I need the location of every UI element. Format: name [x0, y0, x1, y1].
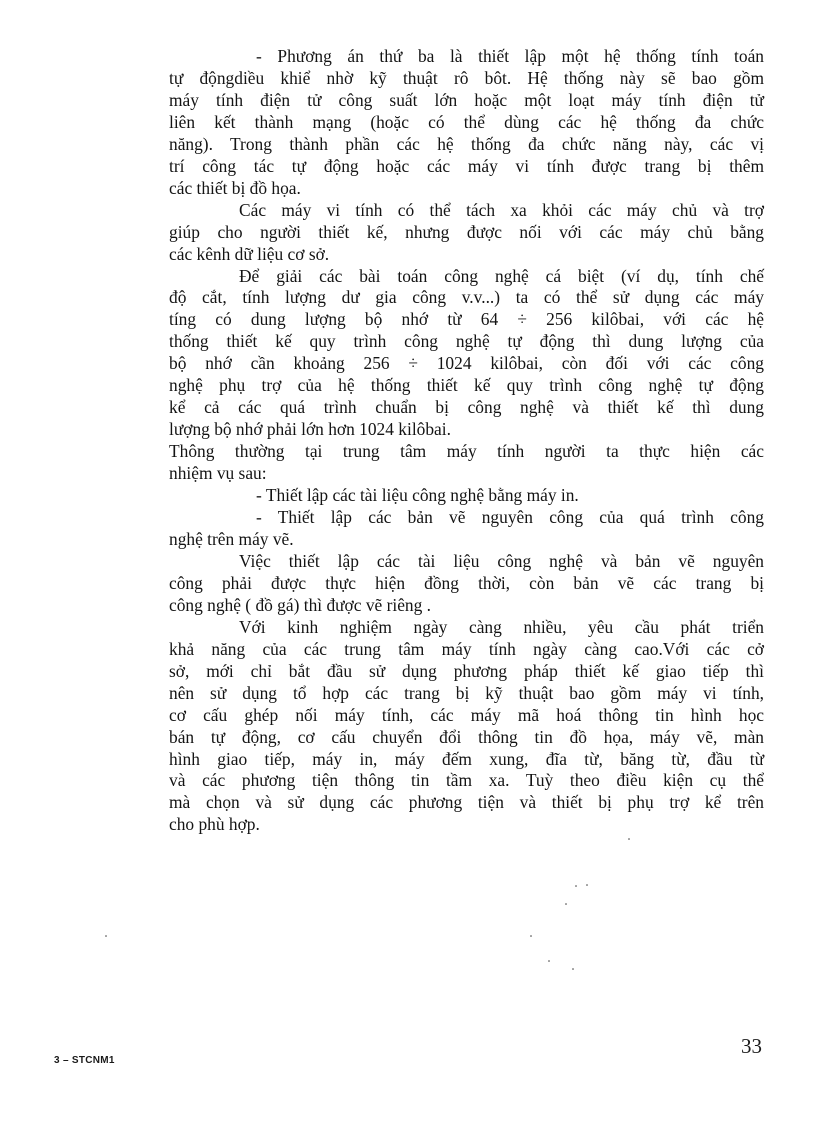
document-page: - Phương án thứ ba là thiết lập một hệ t…: [0, 0, 816, 1123]
text-line: Các máy vi tính có thể tách xa khỏi các …: [169, 200, 764, 222]
text-line: trí công tác tự động hoặc các máy vi tín…: [169, 156, 764, 178]
text-line: kể cả các quá trình chuẩn bị công nghệ v…: [169, 397, 764, 419]
text-line: mà chọn và sử dụng các phương tiện và th…: [169, 792, 764, 814]
paragraph: - Thiết lập các bản vẽ nguyên công của q…: [169, 507, 764, 551]
text-line: Việc thiết lập các tài liệu công nghệ và…: [169, 551, 764, 573]
text-line: tự độngdiều khiể nhờ kỹ thuật rô bôt. Hệ…: [169, 68, 764, 90]
text-line: Với kinh nghiệm ngày càng nhiều, yêu cầu…: [169, 617, 764, 639]
text-line: - Thiết lập các bản vẽ nguyên công của q…: [169, 507, 764, 529]
text-line: Để giải các bài toán công nghệ cá biệt (…: [169, 266, 764, 288]
text-line: và các phương tiện thông tin tầm xa. Tuỳ…: [169, 770, 764, 792]
text-line: sở, mới chỉ bắt đầu sử dụng phương pháp …: [169, 661, 764, 683]
text-line: độ cắt, tính lượng dư gia công v.v...) t…: [169, 287, 764, 309]
scan-speck: [565, 903, 567, 905]
text-line: bộ nhớ cần khoảng 256 ÷ 1024 kilôbai, cò…: [169, 353, 764, 375]
footer-signature: 3 – STCNM1: [54, 1055, 115, 1066]
page-number: 33: [741, 1034, 762, 1059]
text-line: Thông thường tại trung tâm máy tính ngườ…: [169, 441, 764, 463]
scan-speck: [628, 838, 630, 840]
text-line: các thiết bị đồ họa.: [169, 178, 764, 200]
text-line: cho phù hợp.: [169, 814, 764, 836]
text-line: hình giao tiếp, máy in, máy đếm xung, đĩ…: [169, 749, 764, 771]
paragraph: - Phương án thứ ba là thiết lập một hệ t…: [169, 46, 764, 200]
paragraph: Với kinh nghiệm ngày càng nhiều, yêu cầu…: [169, 617, 764, 837]
body-text: - Phương án thứ ba là thiết lập một hệ t…: [169, 46, 764, 836]
text-line: công nghệ ( đồ gá) thì được vẽ riêng .: [169, 595, 764, 617]
text-line: - Thiết lập các tài liệu công nghệ bằng …: [169, 485, 764, 507]
scan-speck: [105, 935, 107, 937]
text-line: lượng bộ nhớ phải lớn hơn 1024 kilôbai.: [169, 419, 764, 441]
text-line: liên kết thành mạng (hoặc có thể dùng cá…: [169, 112, 764, 134]
text-line: các kênh dữ liệu cơ sở.: [169, 244, 764, 266]
text-line: công phải được thực hiện đồng thời, còn …: [169, 573, 764, 595]
scan-speck: [548, 960, 550, 962]
scan-speck: [572, 968, 574, 970]
paragraph: - Thiết lập các tài liệu công nghệ bằng …: [169, 485, 764, 507]
text-line: máy tính điện tử công suất lớn hoặc một …: [169, 90, 764, 112]
text-line: giúp cho người thiết kế, nhưng được nối …: [169, 222, 764, 244]
text-line: tíng có dung lượng bộ nhớ từ 64 ÷ 256 ki…: [169, 309, 764, 331]
text-line: - Phương án thứ ba là thiết lập một hệ t…: [169, 46, 764, 68]
scan-speck: [586, 884, 588, 886]
text-line: nhiệm vụ sau:: [169, 463, 764, 485]
text-line: nghệ phụ trợ của hệ thống thiết kế quy t…: [169, 375, 764, 397]
text-line: thống thiết kế quy trình công nghệ tự độ…: [169, 331, 764, 353]
paragraph: Thông thường tại trung tâm máy tính ngườ…: [169, 441, 764, 485]
paragraph: Việc thiết lập các tài liệu công nghệ và…: [169, 551, 764, 617]
text-line: nghệ trên máy vẽ.: [169, 529, 764, 551]
text-line: bán tự động, cơ cấu chuyển đổi thông tin…: [169, 727, 764, 749]
scan-speck: [530, 935, 532, 937]
paragraph: Các máy vi tính có thể tách xa khỏi các …: [169, 200, 764, 266]
text-line: khả năng của các trung tâm máy tính ngày…: [169, 639, 764, 661]
scan-speck: [575, 885, 577, 887]
text-line: cơ cấu ghép nối máy tính, các máy mã hoá…: [169, 705, 764, 727]
paragraph: Để giải các bài toán công nghệ cá biệt (…: [169, 266, 764, 442]
text-line: năng). Trong thành phần các hệ thống đa …: [169, 134, 764, 156]
text-line: nên sử dụng tổ hợp các trang bị kỹ thuật…: [169, 683, 764, 705]
